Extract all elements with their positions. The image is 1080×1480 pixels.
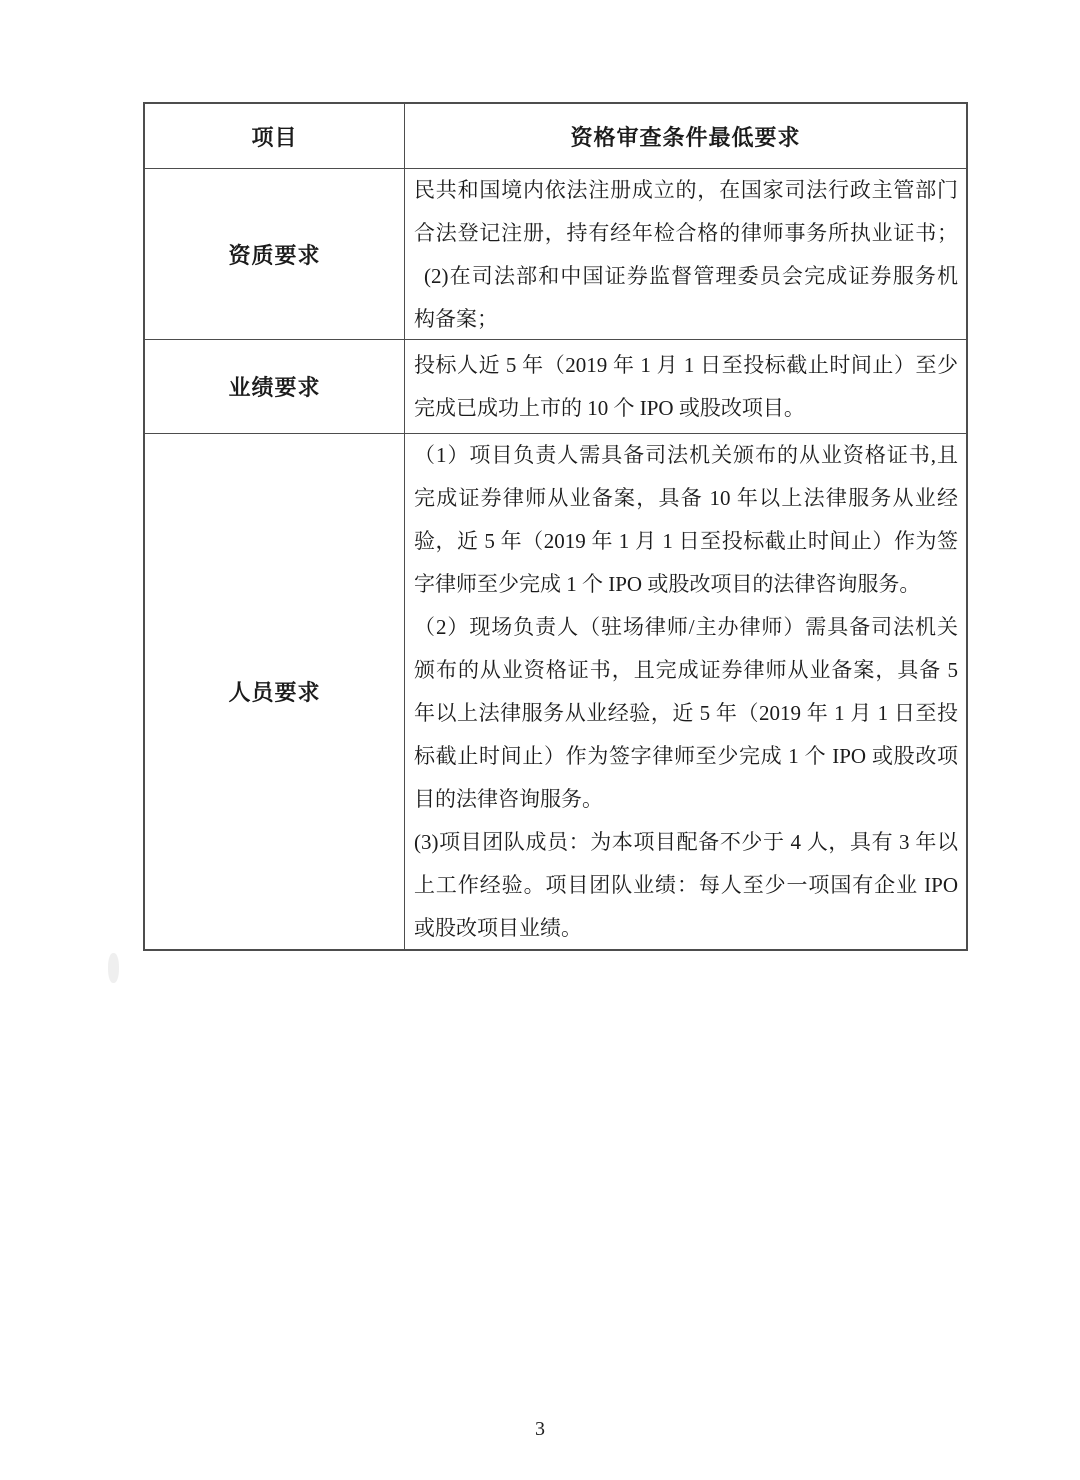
row-content-personnel: （1）项目负责人需具备司法机关颁布的从业资格证书,且 完成证券律师从业备案，具备… (405, 434, 966, 949)
table-header-requirement-label: 资格审查条件最低要求 (570, 121, 800, 152)
requirement-line: （1）项目负责人需具备司法机关颁布的从业资格证书,且 (414, 434, 958, 477)
requirement-line: (2)在司法部和中国证券监督管理委员会完成证券服务机 (414, 255, 958, 298)
row-label-qualification: 资质要求 (228, 239, 320, 270)
requirement-line: 字律师至少完成 1 个 IPO 或股改项目的法律咨询服务。 (414, 563, 958, 606)
row-label-performance: 业绩要求 (228, 371, 320, 402)
requirement-line: 年以上法律服务从业经验，近 5 年（2019 年 1 月 1 日至投 (414, 692, 958, 735)
table-header-requirement-cell: 资格审查条件最低要求 (405, 104, 966, 169)
row-label-personnel: 人员要求 (228, 676, 320, 707)
requirement-line: 民共和国境内依法注册成立的，在国家司法行政主管部门 (414, 169, 958, 212)
page-number: 3 (0, 1418, 1080, 1441)
requirement-line: 目的法律咨询服务。 (414, 778, 958, 821)
requirement-line: （2）现场负责人（驻场律师/主办律师）需具备司法机关 (414, 606, 958, 649)
requirement-line: 或股改项目业绩。 (414, 907, 958, 949)
row-content-qualification: 民共和国境内依法注册成立的，在国家司法行政主管部门 合法登记注册，持有经年检合格… (405, 169, 966, 340)
row-label-cell-qualification: 资质要求 (145, 169, 405, 340)
requirement-line: 完成已成功上市的 10 个 IPO 或股改项目。 (414, 387, 958, 430)
requirement-line: 合法登记注册，持有经年检合格的律师事务所执业证书； (414, 212, 958, 255)
requirement-line: 颁布的从业资格证书，且完成证券律师从业备案，具备 5 (414, 649, 958, 692)
table-header-item-cell: 项目 (145, 104, 405, 169)
requirement-line: (3)项目团队成员：为本项目配备不少于 4 人，具有 3 年以 (414, 821, 958, 864)
scan-artifact (108, 953, 119, 983)
row-label-cell-personnel: 人员要求 (145, 434, 405, 949)
requirement-line: 标截止时间止）作为签字律师至少完成 1 个 IPO 或股改项 (414, 735, 958, 778)
requirement-line: 验，近 5 年（2019 年 1 月 1 日至投标截止时间止）作为签 (414, 520, 958, 563)
requirement-line: 投标人近 5 年（2019 年 1 月 1 日至投标截止时间止）至少 (414, 344, 958, 387)
qualification-requirements-table: 项目 资格审查条件最低要求 资质要求 民共和国境内依法注册成立的，在国家司法行政… (143, 102, 968, 951)
requirement-line: 完成证券律师从业备案，具备 10 年以上法律服务从业经 (414, 477, 958, 520)
document-page: 项目 资格审查条件最低要求 资质要求 民共和国境内依法注册成立的，在国家司法行政… (0, 0, 1080, 1480)
requirement-line: 构备案； (414, 298, 958, 340)
row-content-performance: 投标人近 5 年（2019 年 1 月 1 日至投标截止时间止）至少 完成已成功… (405, 340, 966, 434)
requirement-line: 上工作经验。项目团队业绩：每人至少一项国有企业 IPO (414, 864, 958, 907)
row-label-cell-performance: 业绩要求 (145, 340, 405, 434)
table-header-item-label: 项目 (251, 121, 297, 152)
